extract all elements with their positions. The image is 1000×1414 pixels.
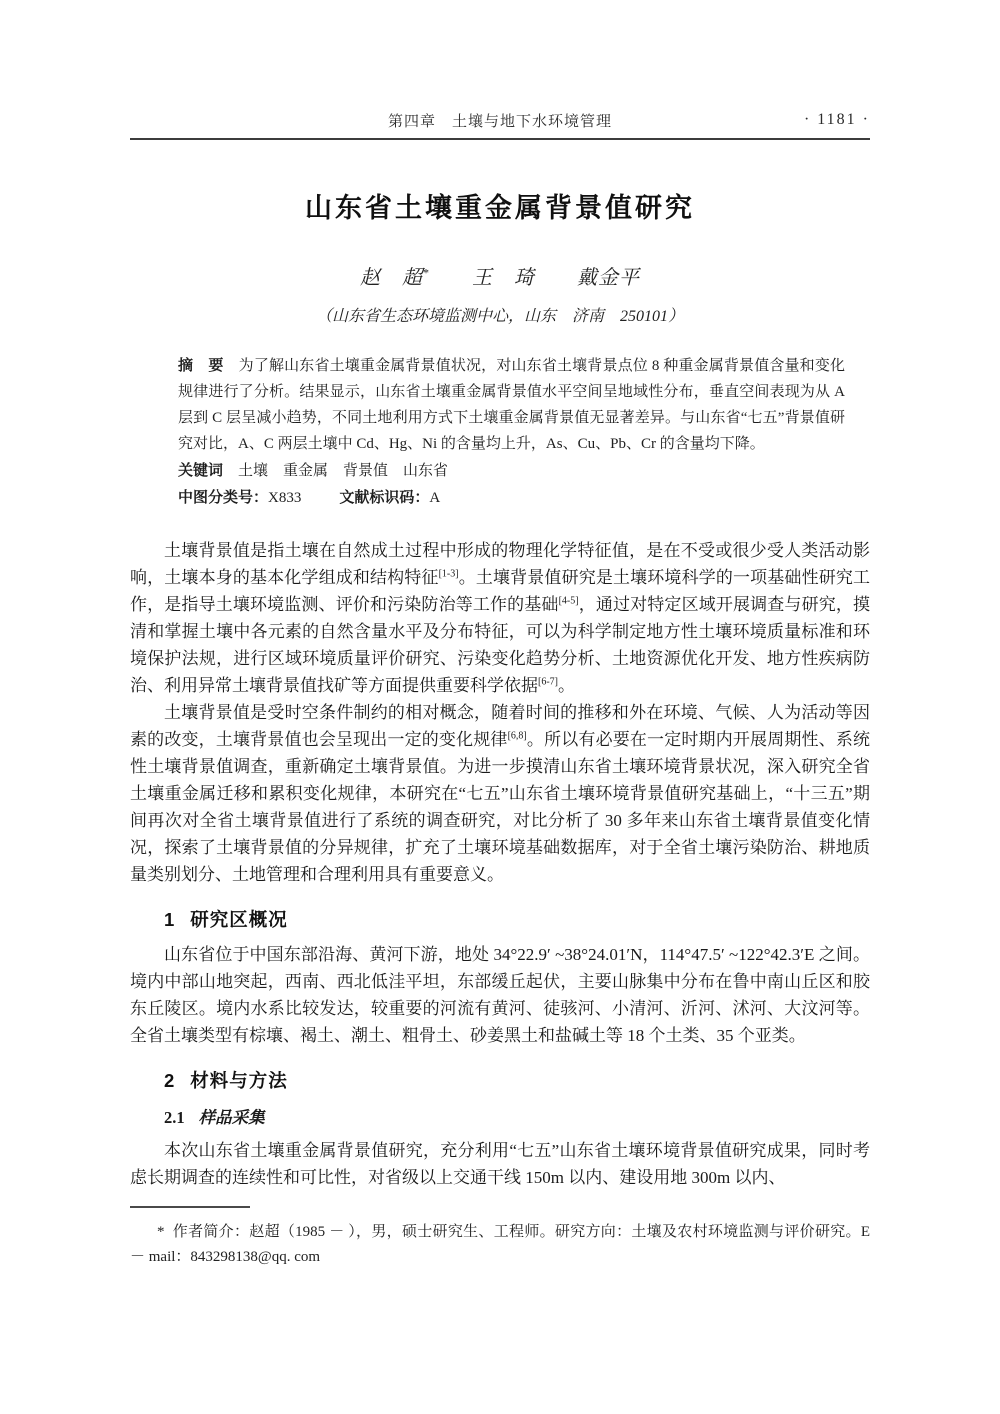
section-2-1-heading: 2.1样品采集 xyxy=(130,1104,870,1128)
footnote-text: *作者简介：赵超（1985 － ），男，硕士研究生、工程师。研究方向：土壤及农村… xyxy=(130,1220,870,1270)
keywords-label: 关键词 xyxy=(178,462,223,479)
footnote-marker: * xyxy=(157,1224,165,1240)
article-title: 山东省土壤重金属背景值研究 xyxy=(130,186,870,225)
clc-value: X833 xyxy=(268,490,301,506)
footnote-block: *作者简介：赵超（1985 － ），男，硕士研究生、工程师。研究方向：土壤及农村… xyxy=(130,1206,870,1270)
intro-paragraph-1: 土壤背景值是指土壤在自然成土过程中形成的物理化学特征值，是在不受或很少受人类活动… xyxy=(130,537,870,699)
abstract-label: 摘 要 xyxy=(178,357,223,374)
keywords-line: 关键词 土壤 重金属 背景值 山东省 xyxy=(178,458,845,484)
section-1-body: 山东省位于中国东部沿海、黄河下游，地处 34°22.9′ ~38°24.01′N… xyxy=(130,941,870,1049)
section-2-1-body: 本次山东省土壤重金属背景值研究，充分利用“七五”山东省土壤环境背景值研究成果，同… xyxy=(130,1137,870,1191)
chapter-title: 第四章 土壤与地下水环境管理 xyxy=(388,114,612,130)
document-page: 第四章 土壤与地下水环境管理 · 1181 · 山东省土壤重金属背景值研究 赵 … xyxy=(0,0,1000,1414)
section-1-number: 1 xyxy=(164,909,174,930)
affiliation: （山东省生态环境监测中心，山东 济南 250101） xyxy=(130,303,870,326)
header-rule xyxy=(130,138,870,140)
section-1-heading: 1研究区概况 xyxy=(130,906,870,932)
section-1-title: 研究区概况 xyxy=(190,909,288,930)
authors-line: 赵 超* 王 琦 戴金平 xyxy=(130,261,870,290)
section-2-heading: 2材料与方法 xyxy=(130,1067,870,1093)
intro-paragraph-2: 土壤背景值是受时空条件制约的相对概念，随着时间的推移和外在环境、气候、人为活动等… xyxy=(130,699,870,888)
section-2-number: 2 xyxy=(164,1070,174,1091)
section-2-title: 材料与方法 xyxy=(190,1070,288,1091)
page-header: 第四章 土壤与地下水环境管理 · 1181 · xyxy=(130,110,870,140)
footnote-body: 作者简介：赵超（1985 － ），男，硕士研究生、工程师。研究方向：土壤及农村环… xyxy=(130,1224,870,1265)
clc-line: 中图分类号：X833文献标识码：A xyxy=(178,485,845,511)
section-2-1-number: 2.1 xyxy=(164,1108,185,1127)
abstract-block: 摘 要 为了解山东省土壤重金属背景值状况，对山东省土壤背景点位 8 种重金属背景… xyxy=(178,353,845,457)
keywords-text: 土壤 重金属 背景值 山东省 xyxy=(223,463,448,479)
doc-code-value: A xyxy=(429,490,440,506)
abstract-text: 为了解山东省土壤重金属背景值状况，对山东省土壤背景点位 8 种重金属背景值含量和… xyxy=(178,358,845,452)
running-head: 第四章 土壤与地下水环境管理 · 1181 · xyxy=(130,110,870,134)
page-number: · 1181 · xyxy=(804,111,870,129)
section-2-1-title: 样品采集 xyxy=(199,1108,265,1127)
clc-label: 中图分类号： xyxy=(178,489,268,506)
doc-code-label: 文献标识码： xyxy=(339,489,429,506)
footnote-rule xyxy=(130,1206,250,1208)
